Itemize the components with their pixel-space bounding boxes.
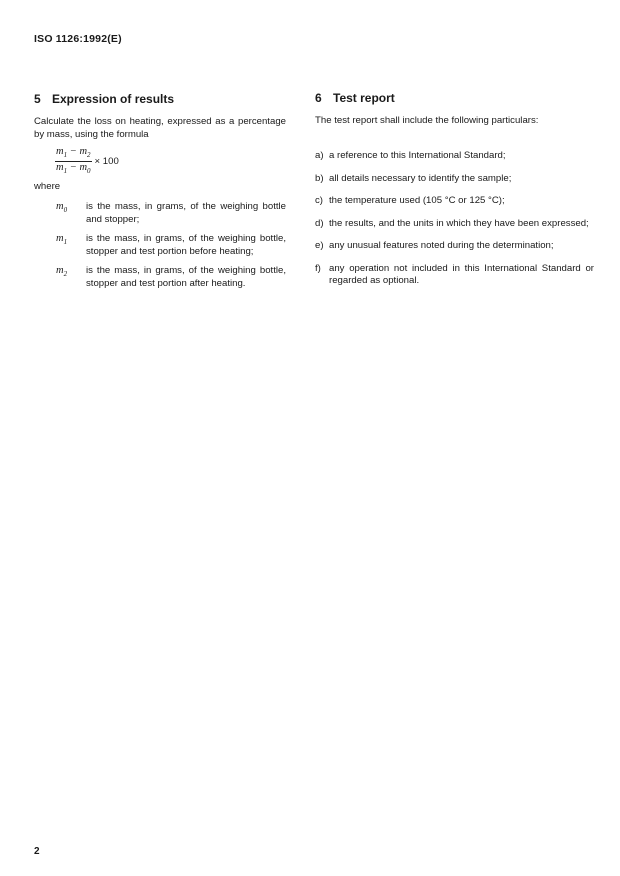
section-number: 5 [34, 92, 52, 106]
symbol: m2 [56, 265, 86, 290]
symbol: m0 [56, 201, 86, 226]
section-5-intro: Calculate the loss on heating, expressed… [34, 116, 286, 141]
definitions-list: m0 is the mass, in grams, of the weighin… [56, 201, 286, 290]
section-5-heading: 5Expression of results [34, 92, 174, 106]
definition-text: is the mass, in grams, of the weighing b… [86, 233, 286, 258]
section-title: Test report [333, 91, 395, 105]
report-item-a: a)a reference to this International Stan… [315, 150, 594, 163]
document-id-header: ISO 1126:1992(E) [34, 33, 122, 45]
report-item-b: b)all details necessary to identify the … [315, 173, 594, 186]
section-number: 6 [315, 91, 333, 105]
definition-m0: m0 is the mass, in grams, of the weighin… [56, 201, 286, 226]
formula-fraction: m1 − m2 m1 − m0 [55, 146, 92, 177]
formula-numerator: m1 − m2 [55, 146, 92, 162]
report-item-e: e)any unusual features noted during the … [315, 240, 594, 253]
section-6-intro: The test report shall include the follow… [315, 115, 594, 128]
page-number: 2 [34, 846, 40, 857]
section-title: Expression of results [52, 92, 174, 106]
formula-denominator: m1 − m0 [55, 162, 92, 177]
report-items-list: a)a reference to this International Stan… [315, 150, 594, 288]
report-item-d: d)the results, and the units in which th… [315, 218, 594, 231]
definition-text: is the mass, in grams, of the weighing b… [86, 265, 286, 290]
symbol: m1 [56, 233, 86, 258]
formula-multiplier: × 100 [95, 156, 119, 167]
report-item-c: c)the temperature used (105 °C or 125 °C… [315, 195, 594, 208]
loss-formula: m1 − m2 m1 − m0 × 100 [55, 146, 119, 177]
definition-m1: m1 is the mass, in grams, of the weighin… [56, 233, 286, 258]
definition-m2: m2 is the mass, in grams, of the weighin… [56, 265, 286, 290]
where-label: where [34, 181, 60, 194]
definition-text: is the mass, in grams, of the weighing b… [86, 201, 286, 226]
report-item-f: f)any operation not included in this Int… [315, 263, 594, 288]
section-6-heading: 6Test report [315, 91, 395, 105]
